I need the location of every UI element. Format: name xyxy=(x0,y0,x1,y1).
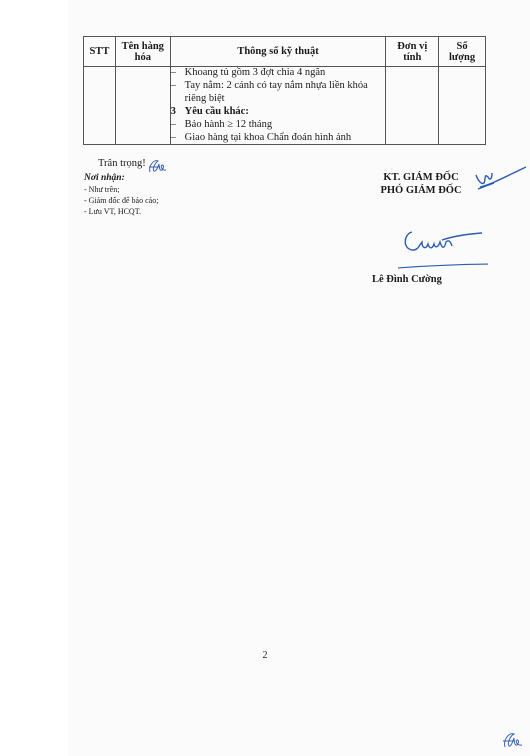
page-number: 2 xyxy=(0,650,530,661)
header-unit-line1: Đơn vị xyxy=(397,41,427,52)
recipient-item: - Lưu VT, HCQT. xyxy=(84,206,158,217)
table-header-row: STT Tên hàng hóa Thông số kỹ thuật Đơn v… xyxy=(84,37,486,67)
section-number: 3 xyxy=(171,106,185,119)
cell-quantity xyxy=(439,67,486,145)
header-unit: Đơn vị tính xyxy=(386,37,439,67)
spec-section-heading: 3 Yêu cầu khác: xyxy=(171,106,386,119)
cell-specification: – Khoang tủ gồm 3 đợt chia 4 ngăn – Tay … xyxy=(170,67,386,145)
header-stt: STT xyxy=(84,37,116,67)
header-item-name: Tên hàng hóa xyxy=(115,37,170,67)
initials-signature-icon xyxy=(146,158,170,174)
header-item-name-line2: hóa xyxy=(135,52,151,63)
spec-line: – Bảo hành ≥ 12 tháng xyxy=(171,119,386,132)
spec-line: – Khoang tủ gồm 3 đợt chia 4 ngăn xyxy=(171,67,386,80)
cell-unit xyxy=(386,67,439,145)
recipients-title: Nơi nhận: xyxy=(84,173,158,184)
cell-item-name xyxy=(115,67,170,145)
handwritten-signature-icon xyxy=(398,226,488,272)
dash-bullet: – xyxy=(171,67,185,80)
header-item-name-line1: Tên hàng xyxy=(122,41,164,52)
header-specification: Thông số kỹ thuật xyxy=(170,37,386,67)
signer-name: Lê Đình Cường xyxy=(372,274,442,285)
footer-initials-icon xyxy=(500,730,526,750)
spec-line: – Tay nắm: 2 cánh có tay nắm nhựa liền k… xyxy=(171,80,386,105)
recipients-block: Nơi nhận: - Như trên; - Giám đốc để báo … xyxy=(84,173,158,217)
dash-bullet: – xyxy=(171,132,185,145)
header-quantity: Số lượng xyxy=(439,37,486,67)
closing-remark: Trân trọng! xyxy=(98,158,146,169)
spec-line: – Giao hàng tại khoa Chẩn đoán hình ảnh xyxy=(171,132,386,145)
signer-title-block: KT. GIÁM ĐỐC PHÓ GIÁM ĐỐC xyxy=(355,172,487,197)
header-unit-line2: tính xyxy=(403,52,421,63)
approval-initials-icon xyxy=(470,165,528,199)
cell-stt xyxy=(84,67,116,145)
signer-title-line2: PHÓ GIÁM ĐỐC xyxy=(355,185,487,198)
specification-table: STT Tên hàng hóa Thông số kỹ thuật Đơn v… xyxy=(83,36,486,145)
table-row: – Khoang tủ gồm 3 đợt chia 4 ngăn – Tay … xyxy=(84,67,486,145)
header-quantity-line1: Số xyxy=(457,41,468,52)
dash-bullet: – xyxy=(171,119,185,132)
header-quantity-line2: lượng xyxy=(449,52,475,63)
recipient-item: - Giám đốc để báo cáo; xyxy=(84,195,158,206)
signer-title-line1: KT. GIÁM ĐỐC xyxy=(355,172,487,185)
dash-bullet: – xyxy=(171,80,185,105)
recipient-item: - Như trên; xyxy=(84,184,158,195)
